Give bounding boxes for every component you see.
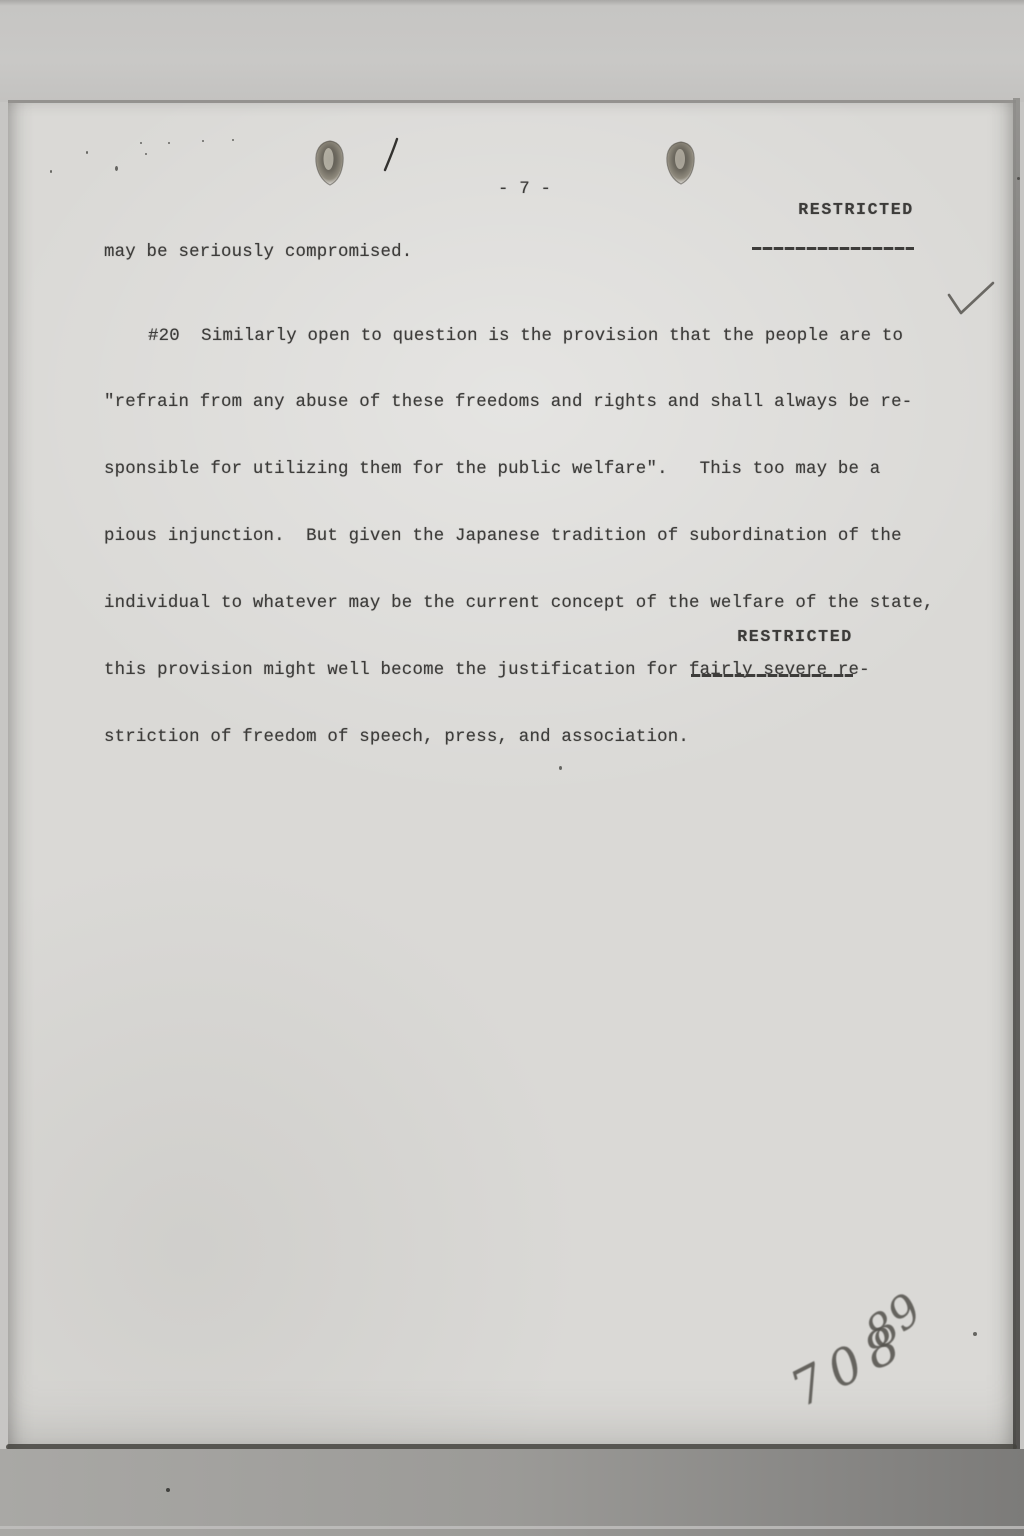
- scanned-document-page: - 7 - RESTRICTED may be seriously compro…: [0, 0, 1024, 1536]
- speck: [168, 142, 170, 144]
- scan-background-line: [0, 1526, 1024, 1529]
- classification-stamp-footer: RESTRICTED: [691, 604, 853, 721]
- speck: [202, 140, 204, 142]
- speck: [140, 142, 142, 144]
- classification-stamp-top: RESTRICTED: [752, 177, 914, 294]
- opening-line: may be seriously compromised.: [104, 242, 412, 264]
- scan-background-top: [0, 0, 1024, 102]
- page-edge-shadow-right: [1013, 98, 1020, 1536]
- classification-underline: [752, 247, 914, 250]
- typed-line: #20 Similarly open to question is the pr…: [104, 326, 934, 348]
- page-number: - 7 -: [498, 179, 551, 201]
- speck: [50, 170, 52, 173]
- typed-line: pious injunction. But given the Japanese…: [104, 526, 934, 548]
- speck: [1017, 177, 1020, 180]
- classification-underline: [691, 674, 853, 677]
- brass-fastener-icon: [312, 138, 348, 188]
- classification-stamp-footer-label: RESTRICTED: [737, 627, 853, 646]
- speck: [115, 166, 118, 171]
- check-mark-icon: [944, 278, 998, 320]
- speck: [973, 1332, 977, 1336]
- speck: [166, 1488, 170, 1492]
- typed-line: sponsible for utilizing them for the pub…: [104, 459, 934, 481]
- speck: [145, 153, 147, 155]
- speck: [86, 151, 88, 154]
- scan-background-bottom: [0, 1449, 1024, 1536]
- speck: [232, 139, 234, 141]
- brass-fastener-icon: [663, 139, 699, 187]
- classification-stamp-top-label: RESTRICTED: [798, 200, 914, 219]
- typed-line: striction of freedom of speech, press, a…: [104, 727, 934, 749]
- typed-line: "refrain from any abuse of these freedom…: [104, 392, 934, 414]
- speck: [559, 766, 562, 770]
- pen-slash-icon: [381, 136, 401, 174]
